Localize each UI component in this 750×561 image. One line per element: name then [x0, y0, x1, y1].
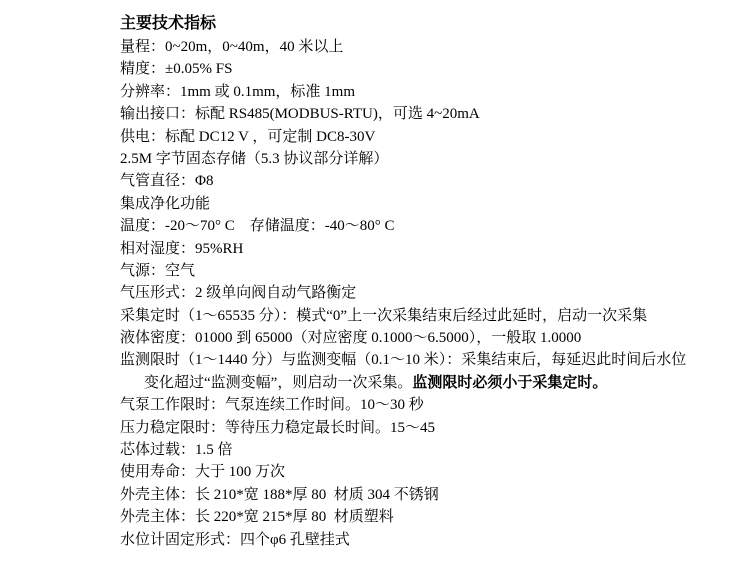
- spec-line-temperature: 温度：-20～70° C 存储温度：-40～80° C: [120, 215, 730, 237]
- spec-line-power-supply: 供电：标配 DC12 V ，可定制 DC8-30V: [120, 126, 730, 148]
- spec-line-tube-diameter: 气管直径：Φ8: [120, 170, 730, 192]
- spec-line-pressure-stable-limit: 压力稳定限时：等待压力稳定最长时间。15～45: [120, 417, 730, 439]
- spec-document: 主要技术指标 量程：0~20m，0~40m，40 米以上 精度：±0.05% F…: [120, 11, 730, 551]
- spec-line-core-overload: 芯体过载：1.5 倍: [120, 439, 730, 461]
- spec-line-accuracy: 精度：±0.05% FS: [120, 58, 730, 80]
- doc-title: 主要技术指标: [120, 11, 730, 36]
- spec-line-collect-timing: 采集定时（1～65535 分）：模式“0”上一次采集结束后经过此延时，启动一次采…: [120, 305, 730, 327]
- spec-line-resolution: 分辨率：1mm 或 0.1mm，标准 1mm: [120, 81, 730, 103]
- spec-line-gas-source: 气源：空气: [120, 260, 730, 282]
- spec-line-liquid-density: 液体密度：01000 到 65000（对应密度 0.1000～6.5000），一…: [120, 327, 730, 349]
- spec-line-output-interface: 输出接口：标配 RS485(MODBUS-RTU)，可选 4~20mA: [120, 103, 730, 125]
- spec-line-pressure-form: 气压形式：2 级单向阀自动气路衡定: [120, 282, 730, 304]
- spec-line-mounting: 水位计固定形式：四个φ6 孔壁挂式: [120, 529, 730, 551]
- spec-line-humidity: 相对湿度：95%RH: [120, 238, 730, 260]
- spec-line-text: 变化超过“监测变幅”，则启动一次采集。: [144, 375, 412, 391]
- spec-line-pump-work-limit: 气泵工作限时：气泵连续工作时间。10～30 秒: [120, 394, 730, 416]
- spec-line-monitor-limit-continuation: 变化超过“监测变幅”，则启动一次采集。监测限时必须小于采集定时。: [120, 372, 730, 394]
- spec-line-shell-plastic: 外壳主体：长 220*宽 215*厚 80 材质塑料: [120, 506, 730, 528]
- spec-line-purification: 集成净化功能: [120, 193, 730, 215]
- spec-line-shell-steel: 外壳主体：长 210*宽 188*厚 80 材质 304 不锈钢: [120, 484, 730, 506]
- spec-line-lifespan: 使用寿命：大于 100 万次: [120, 461, 730, 483]
- spec-line-range: 量程：0~20m，0~40m，40 米以上: [120, 36, 730, 58]
- spec-line-monitor-limit: 监测限时（1～1440 分）与监测变幅（0.1～10 米）：采集结束后，每延迟此…: [120, 349, 730, 371]
- spec-line-bold-note: 监测限时必须小于采集定时。: [412, 375, 607, 391]
- spec-line-storage: 2.5M 字节固态存储（5.3 协议部分详解）: [120, 148, 730, 170]
